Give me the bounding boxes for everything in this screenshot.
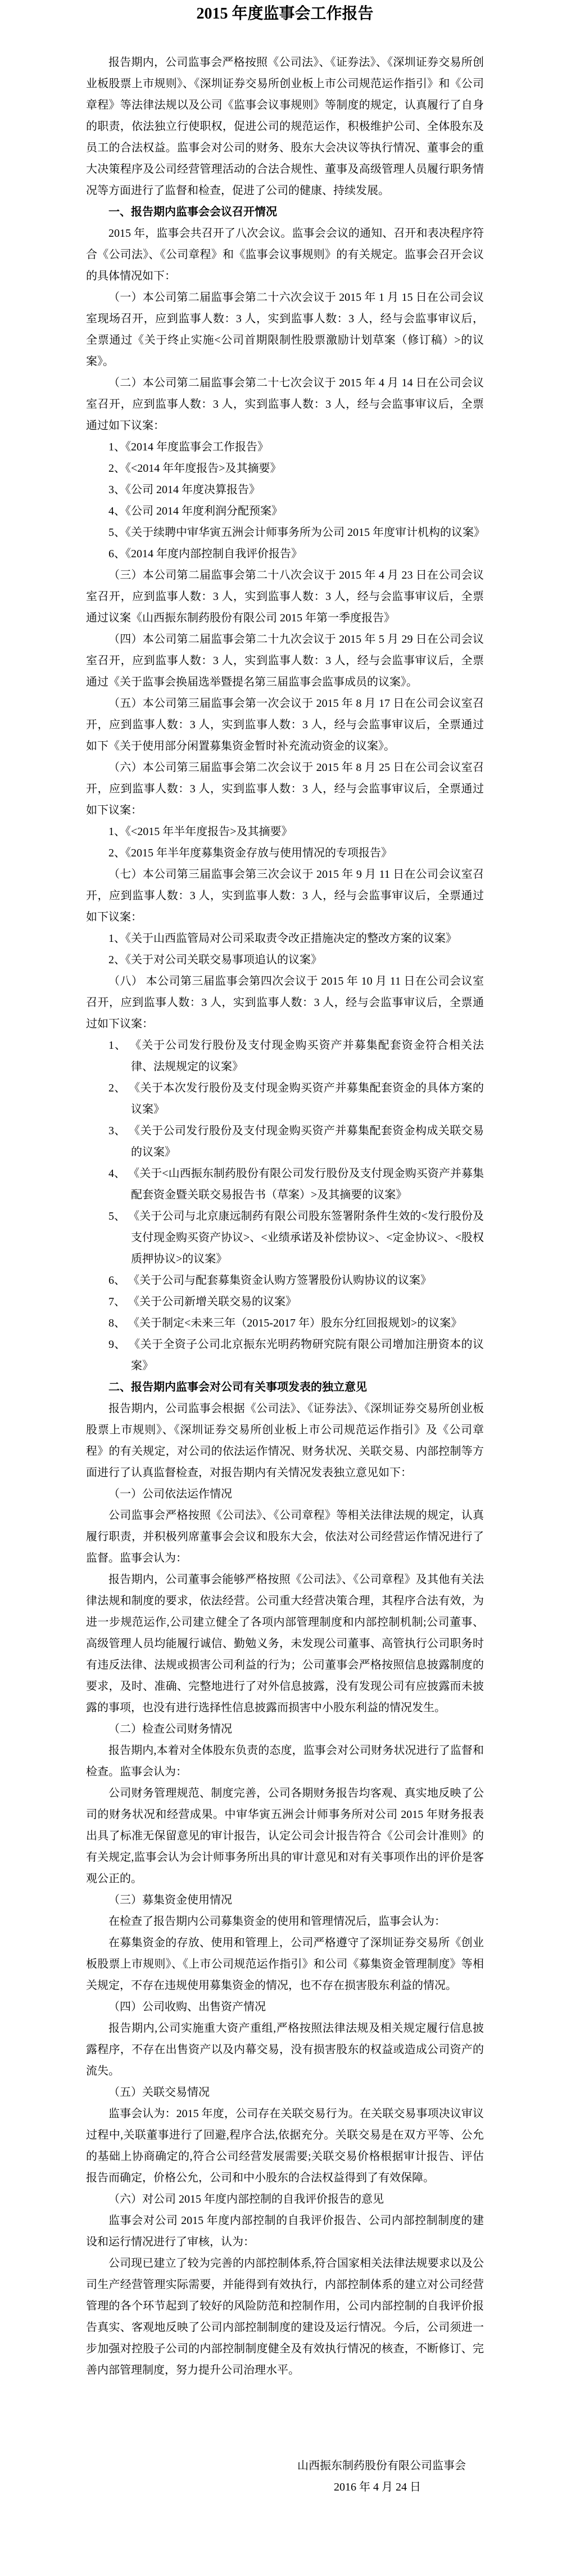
meeting-paragraph: （八） 本公司第三届监事会第四次会议于 2015 年 10 月 11 日在公司会… bbox=[86, 971, 484, 1035]
meetings-summary-paragraph: 2015 年，监事会共召开了八次会议。监事会会议的通知、召开和表决程序符合《公司… bbox=[86, 223, 484, 287]
resolution-list-item: 2、 《关于本次发行股份及支付现金购买资产并募集配套资金的具体方案的议案》 bbox=[131, 1077, 484, 1120]
subsection-heading: （二）检查公司财务情况 bbox=[86, 1718, 484, 1740]
resolution-list-item: 2、《关于对公司关联交易事项追认的议案》 bbox=[86, 949, 484, 971]
section-2-heading: 二、报告期内监事会对公司有关事项发表的独立意见 bbox=[86, 1377, 484, 1398]
resolution-list-item: 1、 《关于公司发行股份及支付现金购买资产并募集配套资金符合相关法律、法规规定的… bbox=[131, 1035, 484, 1077]
opinion-paragraph: 公司财务管理规范、制度完善，公司各期财务报告均客观、真实地反映了公司的财务状况和… bbox=[86, 1783, 484, 1889]
resolution-list-item: 6、 《关于公司与配套募集资金认购方签署股份认购协议的议案》 bbox=[131, 1270, 484, 1291]
opinion-paragraph: 在检查了报告期内公司募集资金的使用和管理情况后，监事会认为： bbox=[86, 1911, 484, 1932]
opinion-paragraph: 报告期内，公司监事会根据《公司法》、《证券法》、《深圳证券交易所创业板股票上市规… bbox=[86, 1398, 484, 1483]
resolution-list-item: 5、《关于续聘中审华寅五洲会计师事务所为公司 2015 年度审计机构的议案》 bbox=[86, 522, 484, 543]
document-title: 2015 年度监事会工作报告 bbox=[86, 3, 484, 25]
resolution-list-item: 7、 《关于公司新增关联交易的议案》 bbox=[131, 1291, 484, 1312]
meeting-paragraph: （七）本公司第三届监事会第三次会议于 2015 年 9 月 11 日在公司会议室… bbox=[86, 864, 484, 928]
subsection-heading: （四）公司收购、出售资产情况 bbox=[86, 1996, 484, 2018]
resolution-list-item: 6、《2014 年度内部控制自我评价报告》 bbox=[86, 543, 484, 565]
resolution-list-item: 5、 《关于公司与北京康远制药有限公司股东签署附条件生效的<发行股份及支付现金购… bbox=[131, 1206, 484, 1270]
opinion-paragraph: 报告期内,公司实施重大资产重组,严格按照法律法规及相关规定履行信息披露程序，不存… bbox=[86, 2018, 484, 2082]
resolution-list-item: 1、《<2015 年半年度报告>及其摘要》 bbox=[86, 821, 484, 842]
resolution-list-item: 8、 《关于制定<未来三年（2015-2017 年）股东分红回报规划>的议案》 bbox=[131, 1312, 484, 1334]
opinion-paragraph: 监事会对公司 2015 年度内部控制的自我评价报告、公司内部控制制度的建设和运行… bbox=[86, 2210, 484, 2253]
signature-company: 山西振东制药股份有限公司监事会 bbox=[86, 2455, 484, 2476]
resolution-list-item: 2、《<2014 年年度报告>及其摘要》 bbox=[86, 458, 484, 479]
meeting-paragraph: （三）本公司第二届监事会第二十八次会议于 2015 年 4 月 23 日在公司会… bbox=[86, 565, 484, 629]
intro-paragraph: 报告期内，公司监事会严格按照《公司法》、《证券法》、《深圳证券交易所创业板股票上… bbox=[86, 52, 484, 201]
resolution-list-item: 9、 《关于全资子公司北京振东光明药物研究院有限公司增加注册资本的议案》 bbox=[131, 1334, 484, 1377]
resolution-list-item: 1、《关于山西监管局对公司采取责令改正措施决定的整改方案的议案》 bbox=[86, 928, 484, 949]
resolution-list-item: 2、《2015 年半年度募集资金存放与使用情况的专项报告》 bbox=[86, 842, 484, 864]
meeting-paragraph: （六）本公司第三届监事会第二次会议于 2015 年 8 月 25 日在公司会议室… bbox=[86, 757, 484, 821]
subsection-heading: （五）关联交易情况 bbox=[86, 2082, 484, 2103]
subsection-heading: （六）对公司 2015 年度内部控制的自我评价报告的意见 bbox=[86, 2189, 484, 2210]
opinion-paragraph: 公司现已建立了较为完善的内部控制体系,符合国家相关法律法规要求以及公司生产经营管… bbox=[86, 2253, 484, 2381]
opinion-paragraph: 报告期内，公司董事会能够严格按照《公司法》、《公司章程》及其他有关法律法规和制度… bbox=[86, 1569, 484, 1718]
meeting-paragraph: （一）本公司第二届监事会第二十六次会议于 2015 年 1 月 15 日在公司会… bbox=[86, 287, 484, 372]
subsection-heading: （一）公司依法运作情况 bbox=[86, 1483, 484, 1505]
section-1-heading: 一、报告期内监事会会议召开情况 bbox=[86, 201, 484, 223]
subsection-heading: （三）募集资金使用情况 bbox=[86, 1889, 484, 1911]
signature-date: 2016 年 4 月 24 日 bbox=[86, 2476, 484, 2498]
opinion-paragraph: 监事会认为：2015 年度，公司存在关联交易行为。在关联交易事项决议审议过程中,… bbox=[86, 2103, 484, 2189]
meeting-paragraph: （二）本公司第二届监事会第二十七次会议于 2015 年 4 月 14 日在公司会… bbox=[86, 372, 484, 436]
meeting-paragraph: （五）本公司第三届监事会第一次会议于 2015 年 8 月 17 日在公司会议室… bbox=[86, 693, 484, 757]
resolution-list-item: 3、 《关于公司发行股份及支付现金购买资产并募集配套资金构成关联交易的议案》 bbox=[131, 1120, 484, 1163]
meeting-paragraph: （四）本公司第二届监事会第二十九次会议于 2015 年 5 月 29 日在公司会… bbox=[86, 629, 484, 693]
resolution-list-item: 4、《公司 2014 年度利润分配预案》 bbox=[86, 500, 484, 522]
opinion-paragraph: 公司监事会严格按照《公司法》、《公司章程》等相关法律法规的规定，认真履行职责，并… bbox=[86, 1505, 484, 1569]
resolution-list-item: 1、《2014 年度监事会工作报告》 bbox=[86, 436, 484, 458]
opinion-paragraph: 在募集资金的存放、使用和管理上，公司严格遵守了深圳证券交易所《创业板股票上市规则… bbox=[86, 1932, 484, 1996]
opinion-paragraph: 报告期内,本着对全体股东负责的态度，监事会对公司财务状况进行了监督和检查。监事会… bbox=[86, 1740, 484, 1783]
resolution-list-item: 3、《公司 2014 年度决算报告》 bbox=[86, 479, 484, 500]
document-page: 2015 年度监事会工作报告 报告期内，公司监事会严格按照《公司法》、《证券法》… bbox=[0, 0, 562, 2576]
resolution-list-item: 4、 《关于<山西振东制药股份有限公司发行股份及支付现金购买资产并募集配套资金暨… bbox=[131, 1163, 484, 1206]
